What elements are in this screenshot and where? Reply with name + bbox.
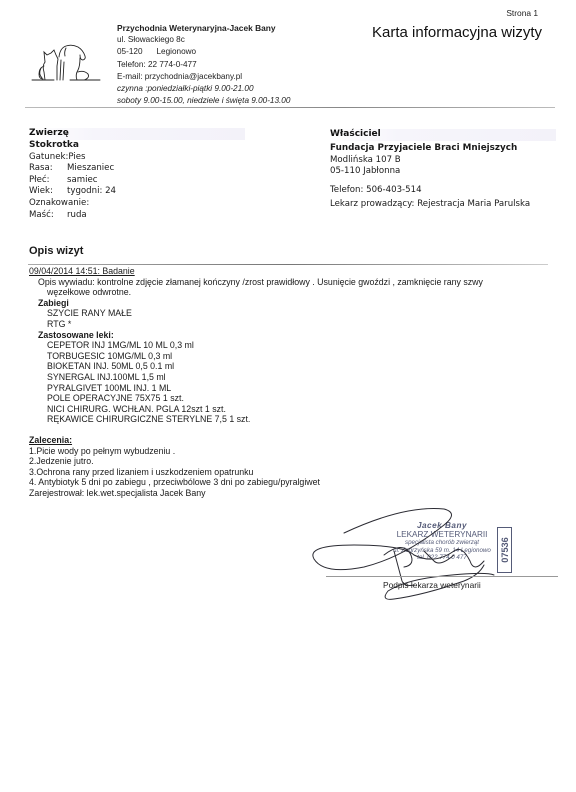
animal-section: Zwierzę Stokrotka Gatunek:PiesRasa:Miesz… bbox=[29, 128, 245, 221]
header-divider bbox=[25, 107, 555, 108]
recommendations-title: Zalecenia: bbox=[29, 435, 559, 446]
clinic-postal-code: 05-120 bbox=[117, 47, 143, 56]
drug-item: BIOKETAN INJ. 50ML 0,5 0.1 ml bbox=[29, 361, 559, 372]
clinic-info: Przychodnia Weterynaryjna-Jacek Bany ul.… bbox=[117, 22, 290, 107]
animal-section-header: Zwierzę bbox=[29, 128, 245, 140]
procedure-item: RTG * bbox=[29, 319, 559, 330]
clinic-street: ul. Słowackiego 8c bbox=[117, 34, 290, 46]
animal-field-label: Gatunek: bbox=[29, 152, 68, 164]
animal-field-row: Wiek:tygodni: 24 bbox=[29, 186, 245, 198]
recommendations-list: 1.Picie wody po pełnym wybudzeniu .2.Jed… bbox=[29, 446, 559, 488]
pet-name: Stokrotka bbox=[29, 140, 245, 152]
animal-section-title: Zwierzę bbox=[29, 128, 69, 138]
cat-and-dog-logo-icon bbox=[28, 22, 108, 84]
owner-street: Modlińska 107 B bbox=[330, 155, 556, 167]
owner-phone-row: Telefon: 506-403-514 bbox=[330, 185, 556, 197]
recommendation-item: 3.Ochrona rany przed lizaniem i uszkodze… bbox=[29, 467, 559, 478]
doctor-label: Lekarz prowadzący: bbox=[330, 199, 414, 209]
animal-field-row: Płeć:samiec bbox=[29, 175, 245, 187]
drug-item: PYRALGIVET 100ML INJ. 1 ML bbox=[29, 383, 559, 394]
animal-field-value: tygodni: 24 bbox=[67, 186, 116, 198]
procedure-item: SZYCIE RANY MAŁE bbox=[29, 308, 559, 319]
recommendation-item: 4. Antybiotyk 5 dni po zabiegu , przeciw… bbox=[29, 477, 559, 488]
owner-section-header: Właściciel bbox=[330, 129, 556, 141]
clinic-logo bbox=[28, 22, 108, 84]
animal-field-row: Maść:ruda bbox=[29, 210, 245, 222]
animal-field-label: Rasa: bbox=[29, 163, 67, 175]
recommendation-item: 1.Picie wody po pełnym wybudzeniu . bbox=[29, 446, 559, 457]
visits-section-title: Opis wizyt bbox=[29, 245, 83, 257]
clinic-city-row: 05-120Legionowo bbox=[117, 46, 290, 58]
visit-interview: Opis wywiadu: kontrolne zdjęcie złamanej… bbox=[29, 277, 559, 288]
visit-header: 09/04/2014 14:51: Badanie bbox=[29, 266, 559, 277]
drug-item: NICI CHIRURG. WCHŁAN. PGLA 12szt 1 szt. bbox=[29, 404, 559, 415]
animal-field-label: Wiek: bbox=[29, 186, 67, 198]
animal-field-row: Rasa:Mieszaniec bbox=[29, 163, 245, 175]
clinic-hours-weekend: soboty 9.00-15.00, niedziele i święta 9.… bbox=[117, 95, 290, 107]
document-title: Karta informacyjna wizyty bbox=[372, 24, 542, 41]
owner-phone-label: Telefon: bbox=[330, 185, 363, 195]
owner-phone: 506-403-514 bbox=[366, 185, 421, 195]
owner-section: Właściciel Fundacja Przyjaciele Braci Mn… bbox=[330, 129, 556, 211]
clinic-name: Przychodnia Weterynaryjna-Jacek Bany bbox=[117, 22, 290, 34]
owner-city: 05-110 Jabłonna bbox=[330, 166, 556, 178]
animal-fields: Gatunek:PiesRasa:MieszaniecPłeć:samiecWi… bbox=[29, 152, 245, 222]
doctor-name: Rejestracja Maria Parulska bbox=[417, 199, 530, 209]
visit-interview-continued: węzełkowe odwrotne. bbox=[29, 287, 559, 298]
animal-field-value: Pies bbox=[68, 152, 85, 164]
drug-item: TORBUGESIC 10MG/ML 0,3 ml bbox=[29, 351, 559, 362]
drug-item: SYNERGAL INJ.100ML 1,5 ml bbox=[29, 372, 559, 383]
owner-section-title: Właściciel bbox=[330, 129, 381, 139]
animal-field-row: Oznakowanie: bbox=[29, 198, 245, 210]
recommendation-item: 2.Jedzenie jutro. bbox=[29, 456, 559, 467]
owner-name: Fundacja Przyjaciele Braci Mniejszych bbox=[330, 143, 556, 155]
visits-divider bbox=[28, 264, 548, 265]
animal-field-value: Mieszaniec bbox=[67, 163, 114, 175]
signature-scribble-icon bbox=[284, 495, 534, 615]
clinic-city: Legionowo bbox=[157, 47, 197, 56]
drug-item: RĘKAWICE CHIRURGICZNE STERYLNE 7,5 1 szt… bbox=[29, 414, 559, 425]
animal-field-value: ruda bbox=[67, 210, 87, 222]
procedures-list: SZYCIE RANY MAŁERTG * bbox=[29, 308, 559, 329]
handwritten-signature bbox=[284, 495, 534, 615]
animal-field-label: Oznakowanie: bbox=[29, 198, 89, 210]
clinic-email: E-mail: przychodnia@jacekbany.pl bbox=[117, 71, 290, 83]
drugs-title: Zastosowane leki: bbox=[29, 330, 559, 341]
drug-item: POLE OPERACYJNE 75X75 1 szt. bbox=[29, 393, 559, 404]
visit-entry: 09/04/2014 14:51: Badanie Opis wywiadu: … bbox=[29, 266, 559, 498]
doctor-row: Lekarz prowadzący: Rejestracja Maria Par… bbox=[330, 199, 556, 211]
animal-field-value: samiec bbox=[67, 175, 98, 187]
signature-label: Podpis lekarza weterynarii bbox=[383, 580, 481, 590]
animal-field-label: Płeć: bbox=[29, 175, 67, 187]
signature-line bbox=[326, 576, 558, 577]
procedures-title: Zabiegi bbox=[29, 298, 559, 309]
drug-item: CEPETOR INJ 1MG/ML 10 ML 0,3 ml bbox=[29, 340, 559, 351]
clinic-hours-weekdays: czynna :poniedziałki-piątki 9.00-21.00 bbox=[117, 83, 290, 95]
animal-field-row: Gatunek:Pies bbox=[29, 152, 245, 164]
animal-field-label: Maść: bbox=[29, 210, 67, 222]
drugs-list: CEPETOR INJ 1MG/ML 10 ML 0,3 mlTORBUGESI… bbox=[29, 340, 559, 425]
page-number: Strona 1 bbox=[506, 8, 538, 18]
clinic-phone: Telefon: 22 774-0-477 bbox=[117, 59, 290, 71]
